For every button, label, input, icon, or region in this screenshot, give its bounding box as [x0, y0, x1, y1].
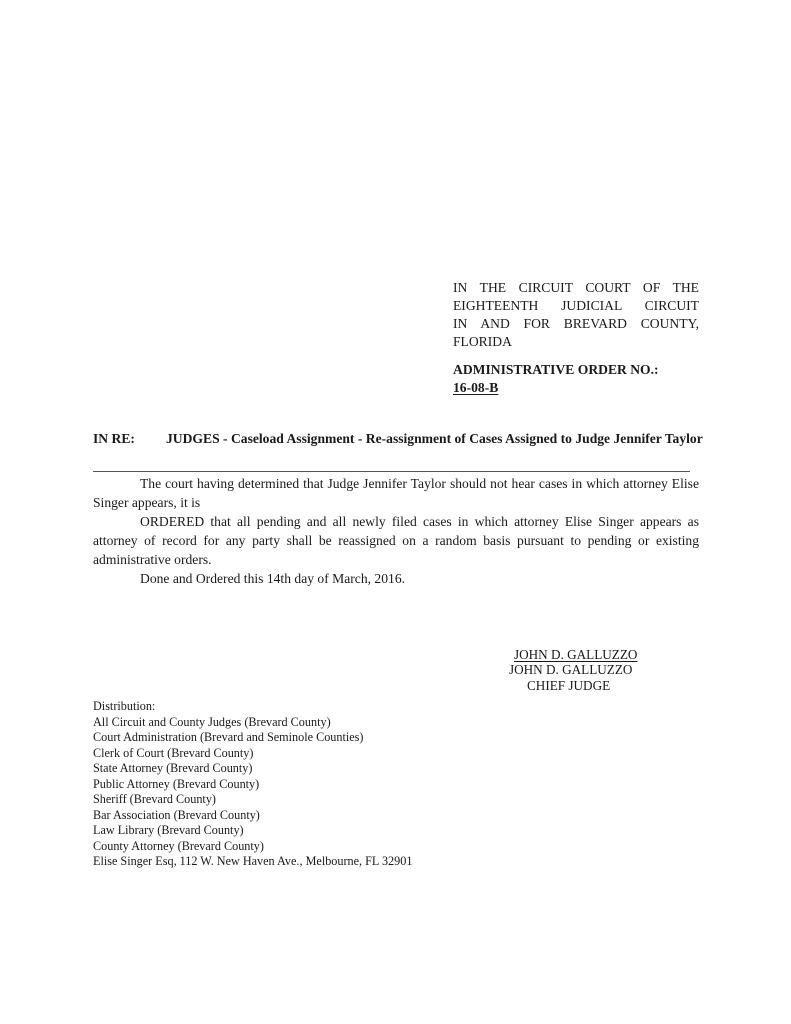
administrative-order-number: ADMINISTRATIVE ORDER NO.: 16-08-B [453, 361, 659, 397]
body-paragraph: The court having determined that Judge J… [93, 474, 699, 512]
caption-line: IN THE CIRCUIT COURT OF THE [453, 279, 699, 297]
distribution-recipient: Court Administration (Brevard and Semino… [93, 730, 412, 746]
order-body: The court having determined that Judge J… [93, 474, 699, 588]
distribution-recipient: All Circuit and County Judges (Brevard C… [93, 715, 412, 731]
order-number: 16-08-B [453, 380, 498, 395]
distribution-recipient: Elise Singer Esq, 112 W. New Haven Ave.,… [93, 854, 412, 870]
body-paragraph: ORDERED that all pending and all newly f… [93, 512, 699, 569]
distribution-recipient: County Attorney (Brevard County) [93, 839, 412, 855]
signer-printed-name: JOHN D. GALLUZZO [509, 661, 632, 678]
signer-title: CHIEF JUDGE [527, 677, 610, 694]
caption-line: IN AND FOR BREVARD COUNTY, [453, 315, 699, 333]
order-label: ADMINISTRATIVE ORDER NO.: [453, 361, 659, 379]
distribution-recipient: Law Library (Brevard County) [93, 823, 412, 839]
distribution-recipient: Clerk of Court (Brevard County) [93, 746, 412, 762]
distribution-list: Distribution: All Circuit and County Jud… [93, 699, 412, 870]
distribution-recipient: Public Attorney (Brevard County) [93, 777, 412, 793]
caption-line: FLORIDA [453, 333, 699, 351]
distribution-recipient: Bar Association (Brevard County) [93, 808, 412, 824]
distribution-recipient: State Attorney (Brevard County) [93, 761, 412, 777]
section-divider [93, 471, 690, 472]
distribution-heading: Distribution: [93, 699, 412, 715]
in-re-label: IN RE: [93, 430, 135, 448]
in-re-subject: JUDGES - Caseload Assignment - Re-assign… [166, 430, 706, 448]
court-caption: IN THE CIRCUIT COURT OF THE EIGHTEENTH J… [453, 279, 699, 351]
body-paragraph: Done and Ordered this 14th day of March,… [93, 569, 699, 588]
distribution-recipient: Sheriff (Brevard County) [93, 792, 412, 808]
caption-line: EIGHTEENTH JUDICIAL CIRCUIT [453, 297, 699, 315]
